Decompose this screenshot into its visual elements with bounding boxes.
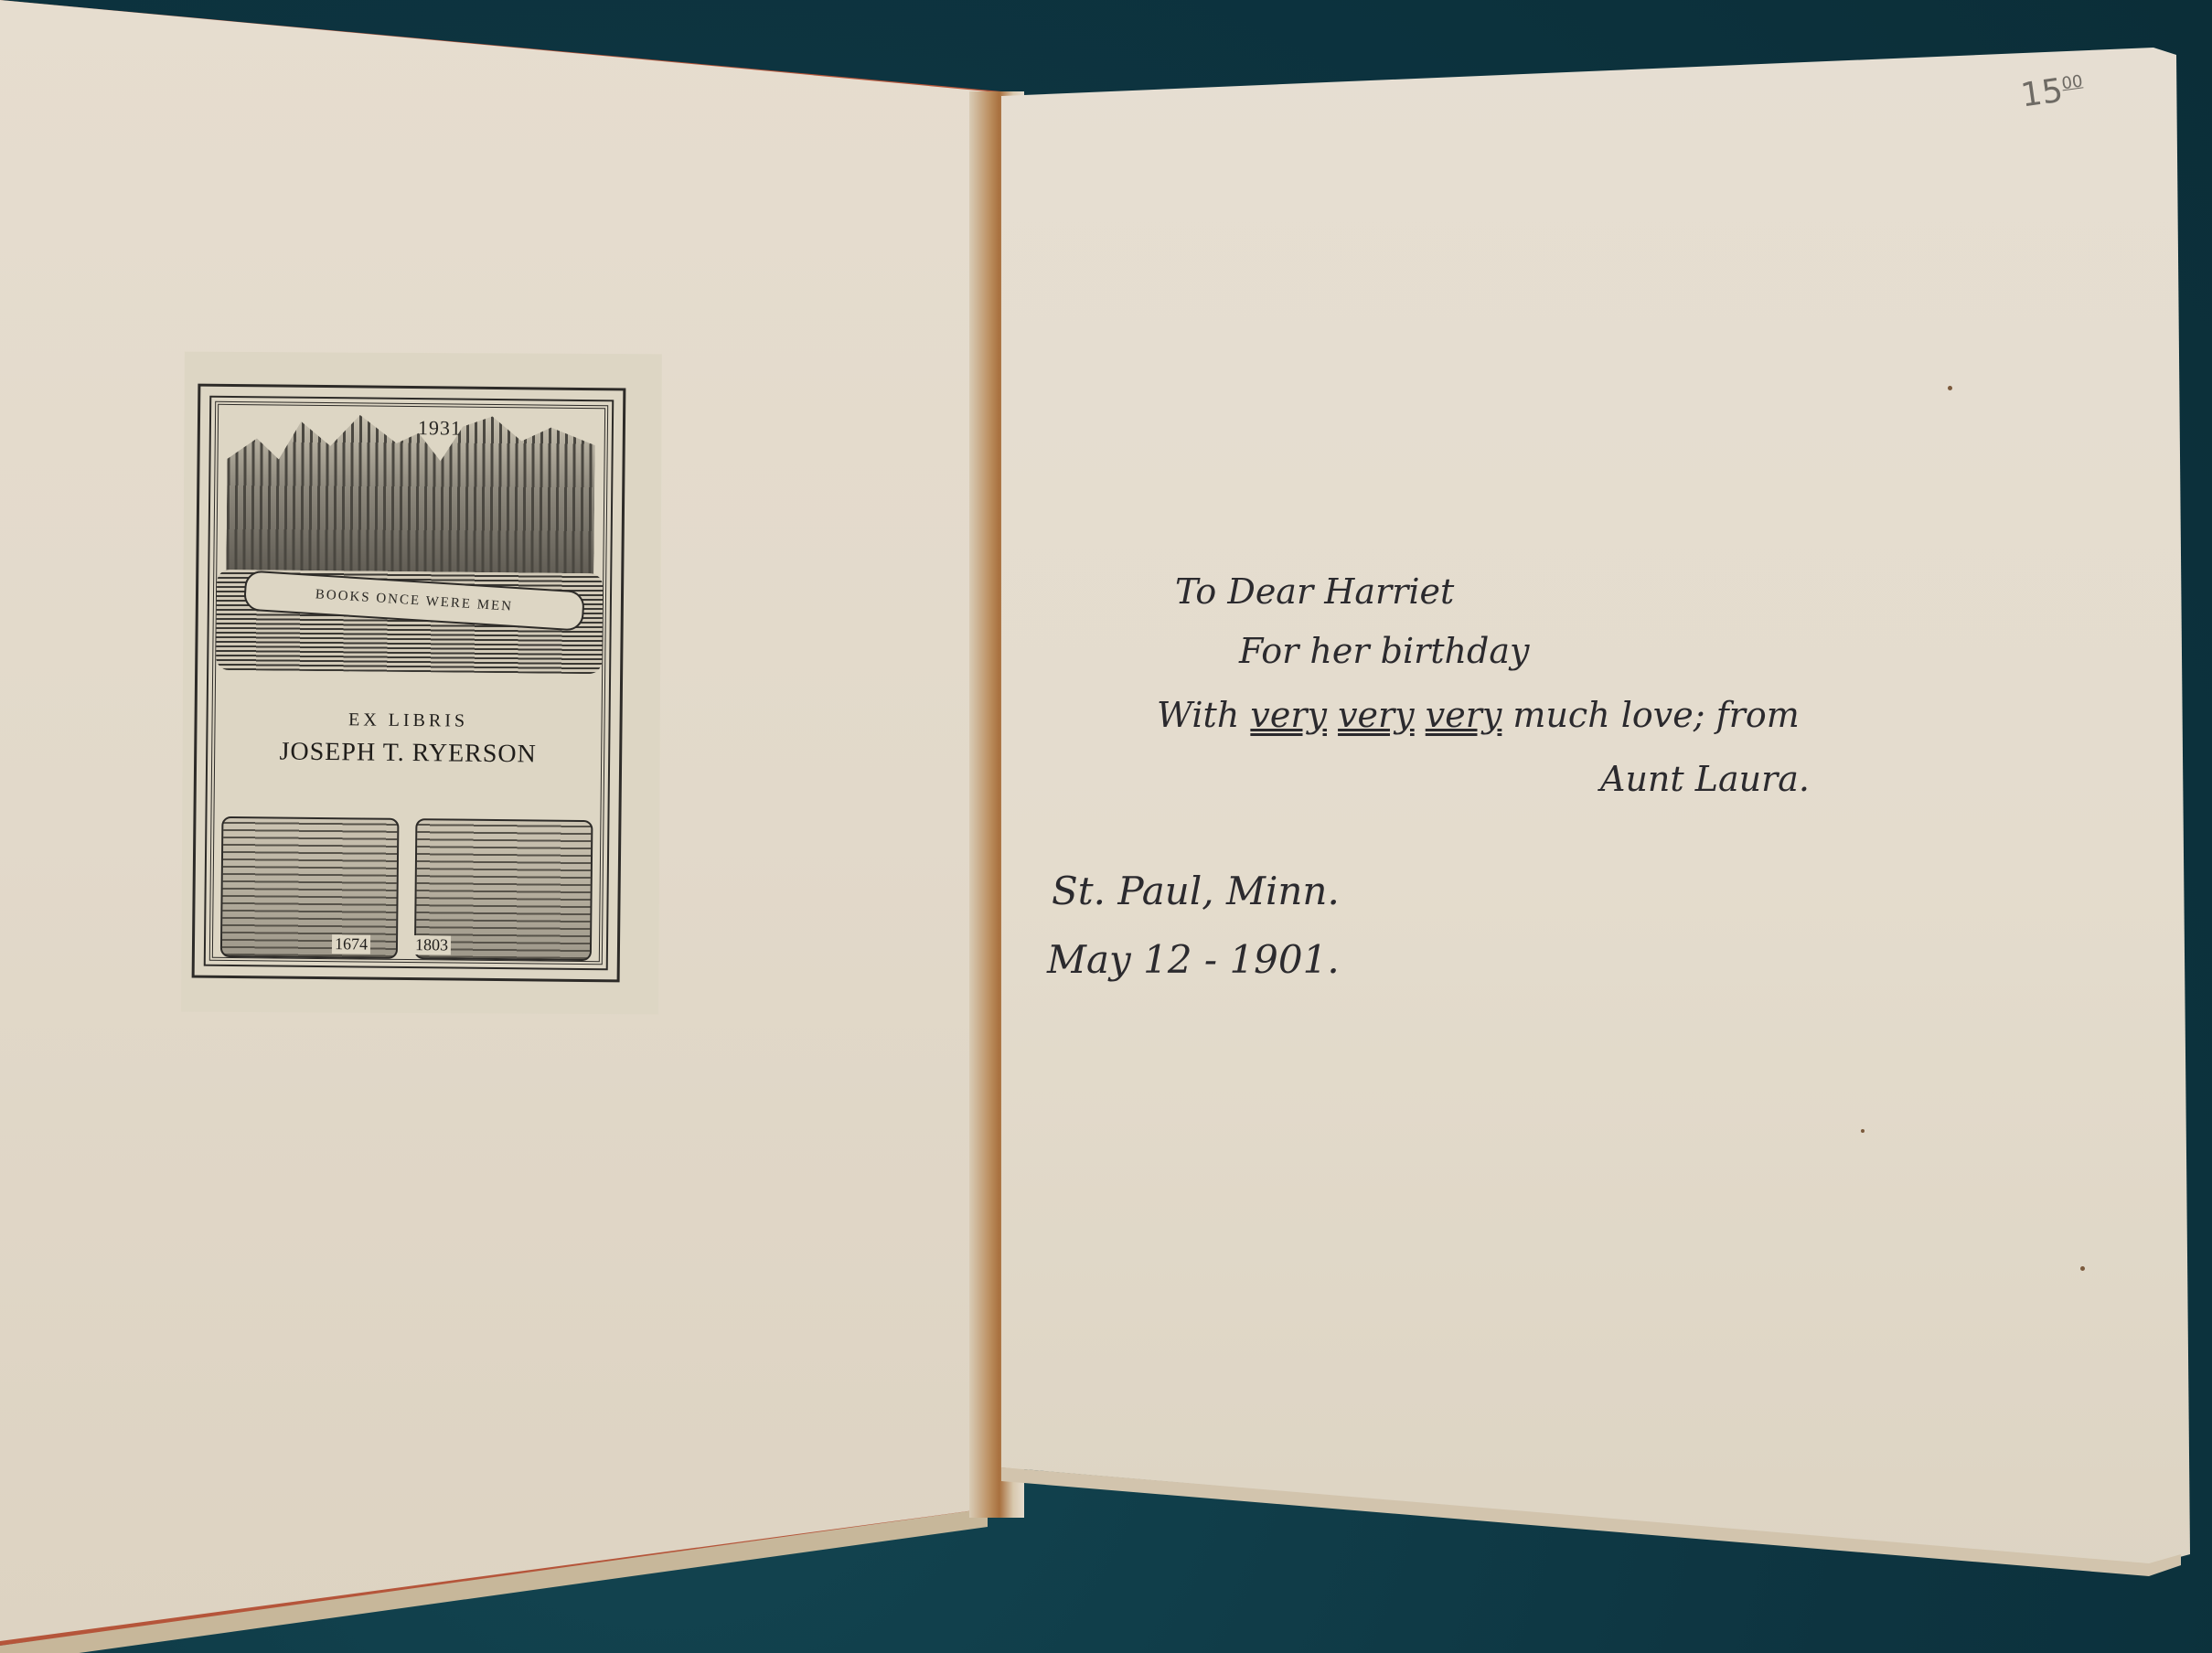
inscription-date: May 12 - 1901. <box>1047 937 1340 982</box>
foxing-spot <box>2080 1266 2085 1271</box>
bookplate-year-top: 1931 <box>418 416 462 441</box>
bookplate-year-left: 1674 <box>332 934 370 954</box>
underlined-very-2: very <box>1338 695 1415 735</box>
underlined-very-3: very <box>1426 695 1502 735</box>
price-value: 15 <box>2018 72 2065 115</box>
inscription-suffix: much love; from <box>1501 695 1799 735</box>
bookplate-year-right: 1803 <box>412 935 451 954</box>
explorer-scene-engraving <box>220 816 400 959</box>
book-photo-scene: 1931 BOOKS ONCE WERE MEN EX LIBRIS JOSEP… <box>0 0 2212 1653</box>
inscription-line-2: For her birthday <box>1239 631 1529 671</box>
ex-libris-label: EX LIBRIS <box>224 709 592 733</box>
inscription-prefix: With <box>1157 695 1250 735</box>
underlined-very-1: very <box>1250 695 1327 735</box>
inscription-signature: Aunt Laura. <box>1600 759 1810 799</box>
foxing-spot <box>1861 1129 1865 1133</box>
right-flyleaf-page <box>1001 0 2195 1582</box>
bookplate: 1931 BOOKS ONCE WERE MEN EX LIBRIS JOSEP… <box>192 384 626 983</box>
bookplate-text-panel: EX LIBRIS JOSEPH T. RYERSON <box>224 688 593 811</box>
owner-name: JOSEPH T. RYERSON <box>224 737 592 770</box>
inscription-place: St. Paul, Minn. <box>1052 869 1340 913</box>
price-cents: 00 <box>2060 71 2084 93</box>
foxing-spot <box>1948 386 1952 390</box>
inscription-line-1: To Dear Harriet <box>1175 571 1454 612</box>
inscription-line-3: With very very very much love; from <box>1157 695 1800 735</box>
